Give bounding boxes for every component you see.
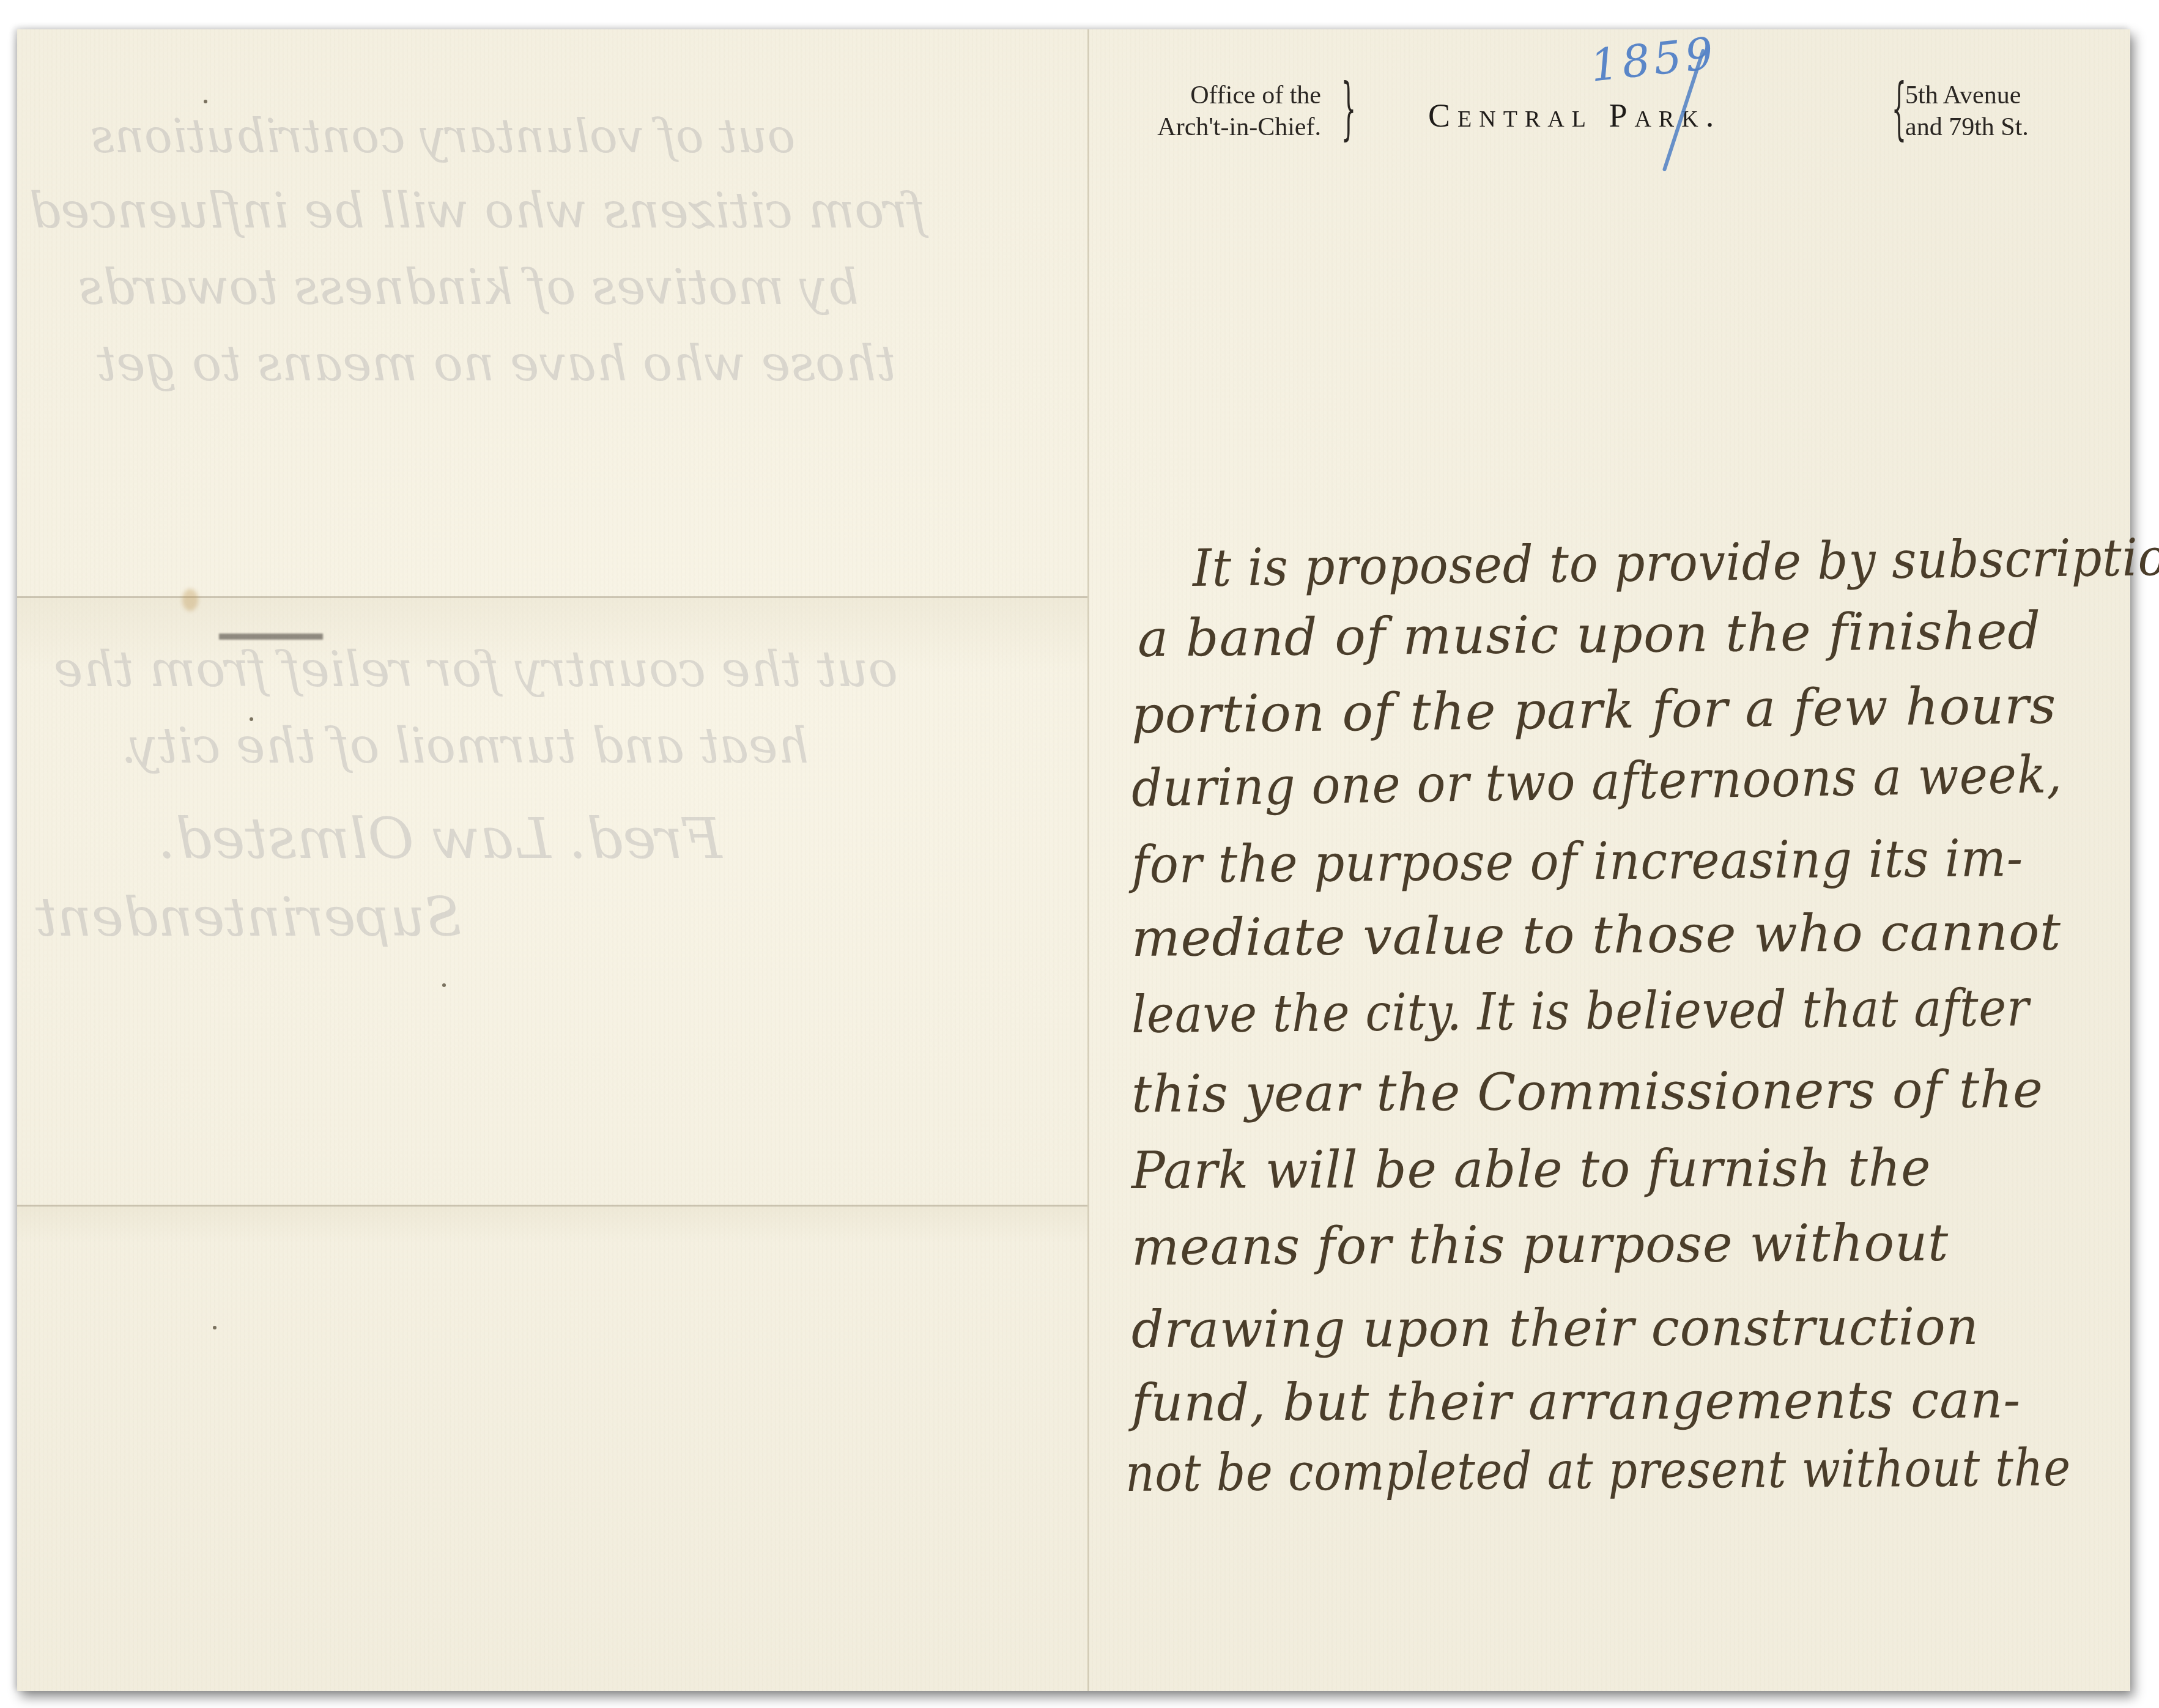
handwritten-line: leave the city. It is believed that afte… bbox=[1131, 978, 2030, 1044]
letterhead-address: 5th Avenue and 79th St. bbox=[1905, 79, 2029, 143]
year-annotation: 1859 bbox=[1590, 34, 1749, 174]
letterhead-office: Office of the Arch't-in-Chief. bbox=[1119, 79, 1321, 143]
handwritten-line: It is proposed to provide by subscriptio… bbox=[1193, 527, 2159, 598]
office-line-1: Office of the bbox=[1119, 79, 1321, 111]
bleed-signature: Fred. Law Olmsted. bbox=[158, 806, 722, 871]
paper-speck bbox=[213, 1326, 217, 1329]
center-fold-spine bbox=[1087, 29, 1089, 1691]
handwritten-line: a band of music upon the finished bbox=[1138, 601, 2042, 668]
right-brace-icon: } bbox=[1341, 75, 1357, 142]
handwritten-line: not be completed at present without the bbox=[1125, 1438, 2071, 1503]
fold-shadow bbox=[17, 598, 1087, 671]
handwritten-line: drawing upon their construction bbox=[1131, 1296, 1979, 1359]
office-line-2: Arch't-in-Chief. bbox=[1119, 111, 1321, 143]
lower-fold-line bbox=[17, 1205, 1087, 1207]
handwritten-line: Park will be able to furnish the bbox=[1131, 1137, 1931, 1200]
address-line-1: 5th Avenue bbox=[1905, 79, 2029, 111]
handwritten-line: for the purpose of increasing its im- bbox=[1131, 828, 2024, 895]
foxing-stain bbox=[182, 589, 198, 611]
bleed-title: Superintendent bbox=[35, 885, 462, 948]
bleed-line: from citizens who will be influenced bbox=[29, 182, 925, 239]
paper-speck bbox=[442, 983, 446, 987]
left-brace-icon: { bbox=[1892, 75, 1907, 142]
bleed-line: out of voluntary contributions bbox=[91, 109, 795, 163]
bleed-line: heat and turmoil of the city. bbox=[121, 717, 809, 774]
handwritten-line: fund, but their arrangements can- bbox=[1131, 1370, 2021, 1433]
upper-fold-line bbox=[17, 596, 1087, 598]
address-line-2: and 79th St. bbox=[1905, 111, 2029, 143]
fold-shadow bbox=[17, 1207, 1087, 1243]
paper-speck bbox=[204, 100, 207, 103]
left-page-bleed-through: out of voluntary contributions from citi… bbox=[17, 29, 1087, 1691]
handwritten-line: means for this purpose without bbox=[1131, 1213, 1949, 1277]
handwritten-line: mediate value to those who cannot bbox=[1131, 901, 2062, 968]
bleed-line: those who have no means to get bbox=[97, 335, 896, 392]
handwritten-line: portion of the park for a few hours bbox=[1131, 675, 2056, 745]
handwritten-line: this year the Commissioners of the bbox=[1131, 1059, 2043, 1124]
ink-smudge bbox=[219, 634, 323, 640]
bleed-line: by motives of kindness towards bbox=[78, 259, 859, 316]
paper-speck bbox=[250, 717, 253, 721]
